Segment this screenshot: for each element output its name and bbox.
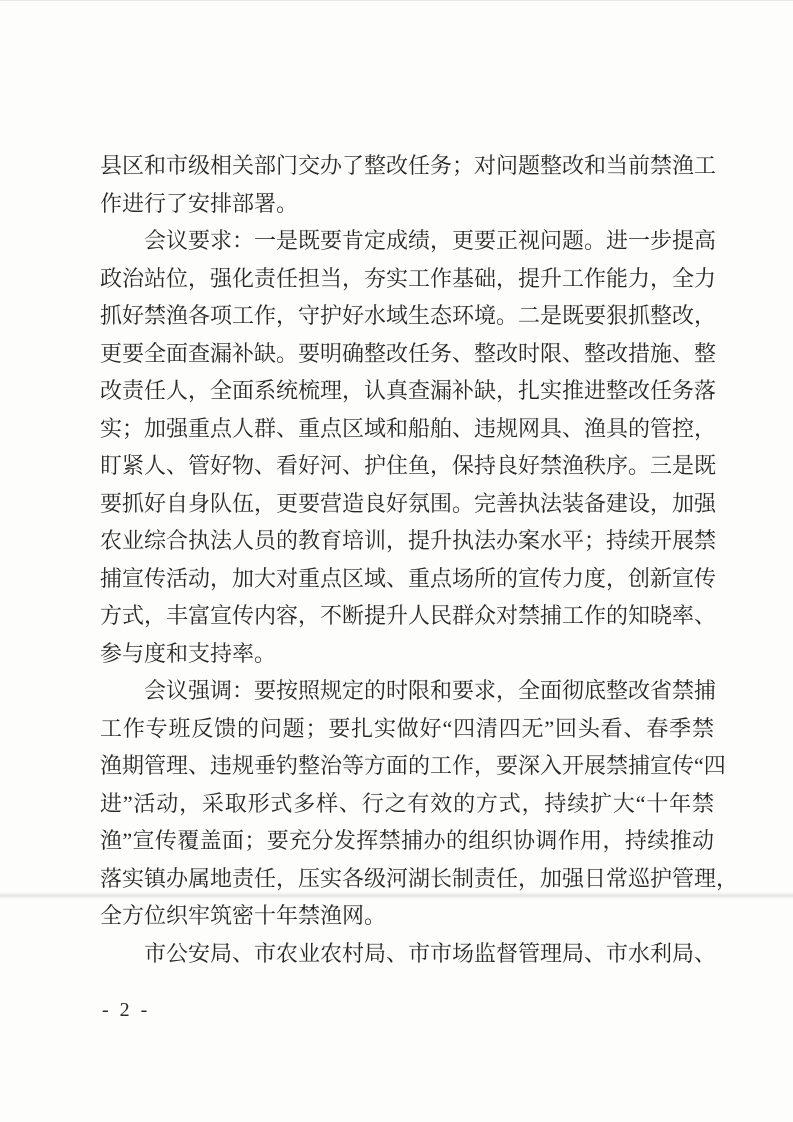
text-line: 落实镇办属地责任，压实各级河湖长制责任，加强日常巡护管理，: [100, 860, 714, 898]
text-line: 市公安局、市农业农村局、市市场监督管理局、市水利局、: [100, 935, 714, 973]
scan-edge-artifact: [0, 0, 793, 1]
scanned-document-page: 县区和市级相关部门交办了整改任务；对问题整改和当前禁渔工 作进行了安排部署。 会…: [0, 0, 793, 1122]
text-line: 渔期管理、违规垂钓整治等方面的工作，要深入开展禁捕宣传“四: [100, 747, 714, 785]
document-body: 县区和市级相关部门交办了整改任务；对问题整改和当前禁渔工 作进行了安排部署。 会…: [100, 147, 714, 972]
text-line: 政治站位，强化责任担当，夯实工作基础，提升工作能力，全力: [100, 260, 714, 298]
text-line: 抓好禁渔各项工作，守护好水域生态环境。二是既要狠抓整改，: [100, 297, 714, 335]
text-line: 作进行了安排部署。: [100, 185, 714, 223]
text-line: 会议要求：一是既要肯定成绩，更要正视问题。进一步提高: [100, 222, 714, 260]
text-line: 方式，丰富宣传内容，不断提升人民群众对禁捕工作的知晓率、: [100, 597, 714, 635]
text-line: 捕宣传活动，加大对重点区域、重点场所的宣传力度，创新宣传: [100, 560, 714, 598]
text-line: 县区和市级相关部门交办了整改任务；对问题整改和当前禁渔工: [100, 147, 714, 185]
text-line: 实；加强重点人群、重点区域和船舶、违规网具、渔具的管控，: [100, 410, 714, 448]
text-line: 改责任人，全面系统梳理，认真查漏补缺，扎实推进整改任务落: [100, 372, 714, 410]
text-line: 盯紧人、管好物、看好河、护住鱼，保持良好禁渔秩序。三是既: [100, 447, 714, 485]
text-line: 参与度和支持率。: [100, 635, 714, 673]
text-line: 更要全面查漏补缺。要明确整改任务、整改时限、整改措施、整: [100, 335, 714, 373]
page-number: - 2 -: [102, 999, 150, 1022]
text-line: 农业综合执法人员的教育培训，提升执法办案水平；持续开展禁: [100, 522, 714, 560]
text-line: 进”活动，采取形式多样、行之有效的方式，持续扩大“十年禁: [100, 785, 714, 823]
text-line: 工作专班反馈的问题；要扎实做好“四清四无”回头看、春季禁: [100, 710, 714, 748]
text-line: 全方位织牢筑密十年禁渔网。: [100, 897, 714, 935]
text-line: 渔”宣传覆盖面；要充分发挥禁捕办的组织协调作用，持续推动: [100, 822, 714, 860]
text-line: 会议强调：要按照规定的时限和要求，全面彻底整改省禁捕: [100, 672, 714, 710]
text-line: 要抓好自身队伍，更要营造良好氛围。完善执法装备建设，加强: [100, 485, 714, 523]
